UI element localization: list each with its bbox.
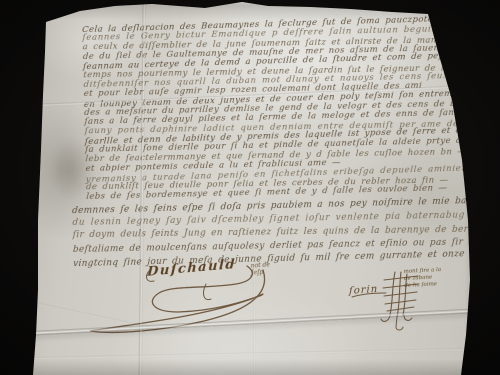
right-paraph-icon — [387, 307, 414, 311]
right-paraph-icon — [384, 292, 417, 296]
right-paraph-icon — [404, 315, 412, 320]
signature-right-name: ſorin — [349, 284, 378, 297]
handwritten-text-block-lower: demnnes ſe les ſeins eſpe ſi doſa pris p… — [72, 196, 465, 269]
fold-crease-horizontal-bottom — [33, 348, 463, 360]
signature-right-annotation: mont ſire a la de zabane de ha ſoime — [403, 267, 442, 290]
signature-left-note-line: Jeſp — [251, 268, 271, 276]
right-paraph-icon — [381, 316, 390, 321]
signature-right-note-line: de ha ſoime — [404, 281, 442, 290]
left-signature-flourish-icon — [90, 270, 265, 332]
left-signature-descender-icon — [204, 284, 211, 300]
fold-crease-diagonal — [36, 302, 149, 328]
parchment-sheet: Cela la deſlaracion des Beaumaynes la ſe… — [0, 0, 500, 375]
right-paraph-icon — [385, 300, 416, 304]
fold-crease-horizontal-lower — [31, 309, 469, 336]
right-paraph-icon — [397, 272, 401, 317]
signature-left-annotation: not de Jeſp — [251, 261, 271, 276]
manuscript-photo: Cela la deſlaracion des Beaumaynes la ſe… — [0, 0, 500, 375]
right-paraph-icon — [390, 272, 395, 315]
right-paraph-icon — [396, 317, 403, 330]
handwritten-text-block-upper: Cela la deſlaracion des Beaumaynes la ſe… — [82, 16, 458, 203]
